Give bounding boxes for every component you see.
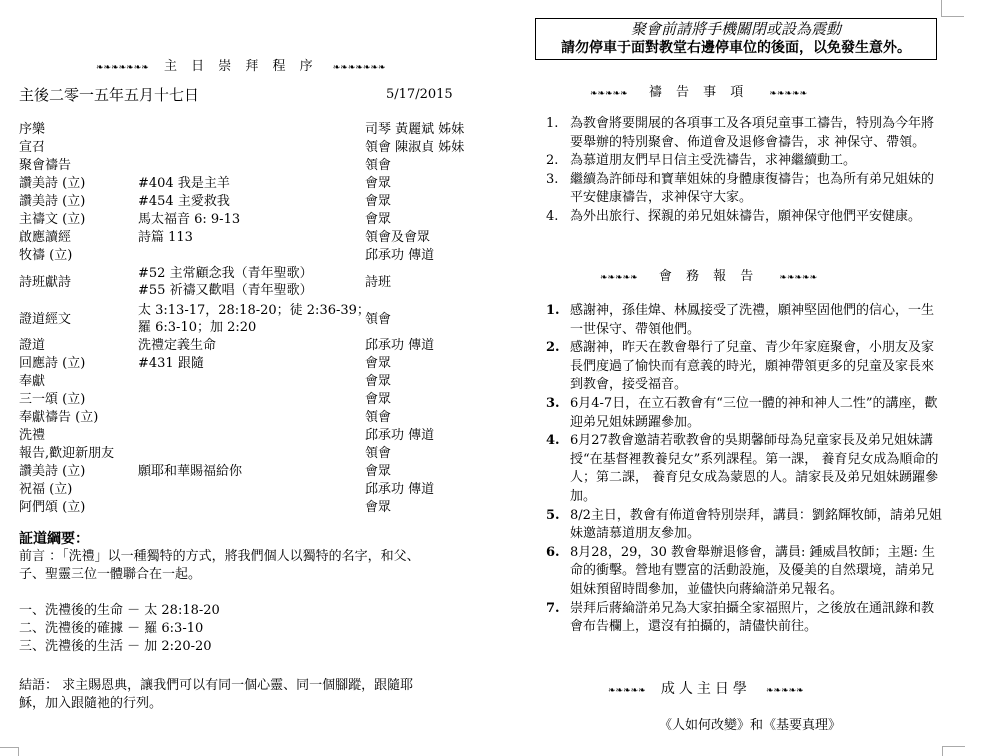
ornament-left-icon: ❧❧❧❧❧ (608, 686, 646, 696)
service-item: 回應詩 (立) (19, 355, 85, 373)
service-item: 讚美詩 (立) (19, 463, 85, 481)
prayer-list: 1.為教會將要開展的各項事工及各項兒童事工禱告，特別為今年將要舉辦的特別聚會、佈… (546, 115, 946, 227)
service-row: 牧禱 (立) 邱承功 傳道 (19, 247, 489, 265)
news-item: 6.8月28，29，30 教會舉辦退修會，講員: 鍾威昌牧師；主題: 生命的衝擊… (546, 544, 946, 600)
service-item: 詩班獻詩 (19, 274, 71, 292)
sermon-conclusion-line1: 結語： 求主賜恩典，讓我們可以有同一個心靈、同一個腳蹤，跟隨耶 (19, 677, 459, 695)
service-row: 聚會禱告 領會 (19, 157, 489, 175)
church-news-heading: 會 務 報 告 (659, 269, 758, 284)
service-item: 宣召 (19, 139, 45, 157)
crop-mark-bottom-right (942, 746, 965, 756)
service-row: 報告,歡迎新朋友 領會 (19, 445, 489, 463)
crop-mark-top-right (941, 0, 964, 17)
ornament-left-icon: ❧❧❧❧❧ (590, 89, 628, 99)
sermon-point-2: 二、洗禮後的確據 － 羅 6:3-10 (19, 620, 459, 638)
service-leader: 會眾 (365, 499, 391, 517)
sermon-point-3: 三、洗禮後的生活 － 加 2:20-20 (19, 638, 459, 656)
church-news-list: 1.感謝神，孫佳煒、林鳳接受了洗禮，願神堅固他們的信心，一生一世保守、帶領他們。… (546, 302, 946, 637)
service-leader: 詩班 (365, 274, 391, 292)
service-detail: #52 主常顧念我（青年聖歌） (138, 265, 313, 283)
service-row: 詩班獻詩 #52 主常顧念我（青年聖歌） #55 祈禱又歡唱（青年聖歌） 詩班 (19, 265, 489, 301)
service-item: 啟應讀經 (19, 229, 71, 247)
service-row: 奉獻禱告 (立) 領會 (19, 409, 489, 427)
news-item: 2.感謝神，昨天在教會舉行了兒童、青少年家庭聚會，小朋友及家長們度過了愉快而有意… (546, 339, 946, 395)
service-leader: 邱承功 傳道 (365, 481, 434, 499)
news-item: 4.6月27教會邀請若歌教會的吳期馨師母為兒童家長及弟兄姐妹講授“在基督裡教養兒… (546, 432, 946, 506)
service-row: 序樂 司琴 黃麗斌 姊妹 (19, 121, 489, 139)
service-row: 讚美詩 (立) 願耶和華賜福給你 會眾 (19, 463, 489, 481)
prayer-item: 4.為外出旅行、探親的弟兄姐妹禱告，願神保守他們平安健康。 (546, 208, 946, 227)
service-leader: 會眾 (365, 391, 391, 409)
service-item: 讚美詩 (立) (19, 193, 85, 211)
sunday-school-books: 《人如何改變》和《基要真理》 (540, 714, 960, 733)
service-detail: #404 我是主羊 (138, 175, 230, 193)
ornament-right-icon: ❧❧❧❧❧ (779, 273, 817, 283)
phone-notice: 聚會前請將手機關閉或設為震動 (536, 20, 936, 39)
date-numeric: 5/17/2015 (386, 87, 453, 102)
service-row: 主禱文 (立) 馬太福音 6: 9-13 會眾 (19, 211, 489, 229)
news-item: 3.6月4-7日，在立石教會有“三位一體的神和神人二性”的講座，歡迎弟兄姐妹踴躍… (546, 395, 946, 432)
service-item: 讚美詩 (立) (19, 175, 85, 193)
service-leader: 領會 (365, 157, 391, 175)
service-leader: 邱承功 傳道 (365, 427, 434, 445)
ornament-right-icon: ❧❧❧❧❧ (766, 686, 804, 696)
service-detail: 詩篇 113 (138, 229, 193, 247)
prayer-item: 1.為教會將要開展的各項事工及各項兒童事工禱告，特別為今年將要舉辦的特別聚會、佈… (546, 115, 946, 152)
service-item: 牧禱 (立) (19, 247, 72, 265)
service-row: 奉獻 會眾 (19, 373, 489, 391)
ornament-right-icon: ❧❧❧❧❧❧❧ (333, 63, 386, 73)
service-row: 證道經文 太 3:13-17，28:18-20；徒 2:36-39； 羅 6:3… (19, 302, 489, 338)
sermon-conclusion-line2: 穌，加入跟隨祂的行列。 (19, 695, 459, 713)
service-row: 宣召 領會 陳淑貞 姊妹 (19, 139, 489, 157)
service-row: 祝福 (立) 邱承功 傳道 (19, 481, 489, 499)
adult-sunday-school-title: ❧❧❧❧❧ 成人主日學 ❧❧❧❧❧ (608, 678, 804, 698)
service-item: 聚會禱告 (19, 157, 71, 175)
service-item: 阿們頌 (立) (19, 499, 85, 517)
prayer-heading: 禱 告 事 項 (649, 85, 748, 100)
adult-sunday-school-heading: 成人主日學 (661, 681, 751, 697)
service-row: 證道 洗禮定義生命 邱承功 傳道 (19, 337, 489, 355)
worship-order-title: ❧❧❧❧❧❧❧ 主 日 崇 拜 程 序 ❧❧❧❧❧❧❧ (96, 55, 386, 74)
prayer-item: 2.為慕道朋友們早日信主受洗禱告，求神繼續動工。 (546, 152, 946, 171)
ornament-left-icon: ❧❧❧❧❧ (600, 273, 638, 283)
service-detail: 馬太福音 6: 9-13 (138, 211, 240, 229)
ornament-right-icon: ❧❧❧❧❧ (769, 89, 807, 99)
sermon-outline: 証道綱要： 前言 ：「洗禮」以一種獨特的方式，將我們個人以獨特的名字，和父、 子… (19, 530, 459, 656)
service-leader: 會眾 (365, 373, 391, 391)
service-item: 奉獻 (19, 373, 45, 391)
service-row: 啟應讀經 詩篇 113 領會及會眾 (19, 229, 489, 247)
service-row: 洗禮 邱承功 傳道 (19, 427, 489, 445)
service-leader: 會眾 (365, 355, 391, 373)
service-leader: 會眾 (365, 175, 391, 193)
service-item: 洗禮 (19, 427, 45, 445)
service-leader: 領會及會眾 (365, 229, 430, 247)
service-leader: 會眾 (365, 463, 391, 481)
date-chinese: 主後二零一五年五月十七日 (19, 84, 199, 105)
sermon-intro-line2: 子、聖靈三位一體聯合在一起。 (19, 566, 459, 584)
service-leader: 邱承功 傳道 (365, 247, 434, 265)
service-item: 三一頌 (立) (19, 391, 85, 409)
service-row: 阿們頌 (立) 會眾 (19, 499, 489, 517)
service-leader: 領會 (365, 445, 391, 463)
worship-order-heading: 主 日 崇 拜 程 序 (164, 59, 318, 74)
sermon-point-1: 一、洗禮後的生命 － 太 28:18-20 (19, 602, 459, 620)
service-item: 報告,歡迎新朋友 (19, 445, 114, 463)
service-row: 三一頌 (立) 會眾 (19, 391, 489, 409)
notice-box: 聚會前請將手機關閉或設為震動 請勿停車于面對教堂右邊停車位的後面，以免發生意外。 (535, 18, 937, 60)
service-row: 回應詩 (立) #431 跟隨 會眾 (19, 355, 489, 373)
parking-notice: 請勿停車于面對教堂右邊停車位的後面，以免發生意外。 (536, 39, 936, 58)
service-detail: 願耶和華賜福給你 (138, 463, 242, 481)
ornament-left-icon: ❧❧❧❧❧❧❧ (96, 63, 149, 73)
service-leader: 邱承功 傳道 (365, 337, 434, 355)
service-detail: #431 跟隨 (138, 355, 204, 373)
prayer-item: 3.繼續為許師母和寶華姐妹的身體康復禱告；也為所有弟兄姐妹的平安健康禱告，求神保… (546, 171, 946, 208)
church-news-title: ❧❧❧❧❧ 會 務 報 告 ❧❧❧❧❧ (600, 265, 817, 284)
service-item: 主禱文 (立) (19, 211, 85, 229)
service-leader: 領會 (365, 409, 391, 427)
news-item: 1.感謝神，孫佳煒、林鳳接受了洗禮，願神堅固他們的信心，一生一世保守、帶領他們。 (546, 302, 946, 339)
service-item: 序樂 (19, 121, 45, 139)
service-row: 讚美詩 (立) #454 主愛救我 會眾 (19, 193, 489, 211)
service-detail: 太 3:13-17，28:18-20；徒 2:36-39； (138, 302, 370, 320)
sermon-conclusion: 結語： 求主賜恩典，讓我們可以有同一個心靈、同一個腳蹤，跟隨耶 穌，加入跟隨祂的… (19, 677, 459, 713)
service-item: 祝福 (立) (19, 481, 72, 499)
crop-mark-bottom-left (0, 747, 19, 756)
news-item: 7.崇拜后蔣綸滸弟兄為大家拍攝全家福照片，之後放在通訊錄和教會布告欄上，還沒有拍… (546, 600, 946, 637)
service-leader: 司琴 黃麗斌 姊妹 (365, 121, 464, 139)
service-leader: 領會 陳淑貞 姊妹 (365, 139, 464, 157)
news-item: 5.8/2主日，教會有佈道會特別崇拜，講員：劉銘輝牧師，請弟兄姐妹邀請慕道朋友參… (546, 507, 946, 544)
service-leader: 會眾 (365, 193, 391, 211)
service-leader: 會眾 (365, 211, 391, 229)
service-item: 奉獻禱告 (立) (19, 409, 98, 427)
prayer-section-title: ❧❧❧❧❧ 禱 告 事 項 ❧❧❧❧❧ (590, 81, 807, 100)
sermon-outline-title: 証道綱要： (19, 530, 459, 548)
service-detail: 洗禮定義生命 (138, 337, 216, 355)
service-detail-line2: #55 祈禱又歡唱（青年聖歌） (138, 282, 313, 300)
service-detail-line2: 羅 6:3-10；加 2:20 (138, 319, 256, 337)
sermon-intro-line1: 前言 ：「洗禮」以一種獨特的方式，將我們個人以獨特的名字，和父、 (19, 548, 459, 566)
service-detail: #454 主愛救我 (138, 193, 230, 211)
service-row: 讚美詩 (立) #404 我是主羊 會眾 (19, 175, 489, 193)
service-item: 證道 (19, 337, 45, 355)
service-leader: 領會 (365, 311, 391, 329)
service-item: 證道經文 (19, 311, 71, 329)
